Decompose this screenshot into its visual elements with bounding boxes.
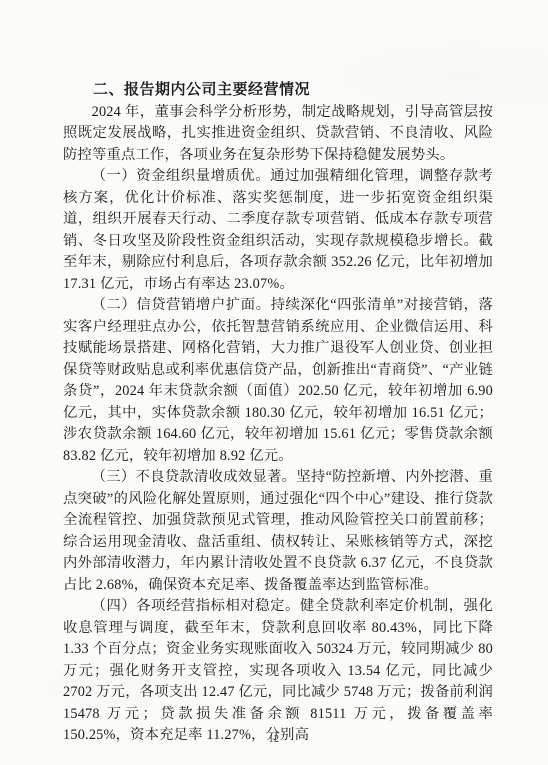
scanned-document-page: { "doc": { "heading": "二、报告期内公司主要经营情况", … [0,0,548,765]
paragraph-operating-indicators: （四）各项经营指标相对稳定。健全贷款利率定价机制，强化收息管理与调度，截至年末，… [63,596,493,747]
paragraph-credit-marketing: （二）信贷营销增户扩面。持续深化“四张清单”对接营销，落实客户经理驻点办公，依托… [63,295,493,467]
section-heading: 二、报告期内公司主要经营情况 [63,80,493,102]
paragraph-deposits: （一）资金组织量增质优。通过加强精细化管理，调整存款考核方案，优化计价标准、落实… [63,166,493,295]
paragraph-npl-collection: （三）不良贷款清收成效显著。坚持“防控新增、内外挖潜、重点突破”的风险化解处置原… [63,467,493,596]
page-footer: 12 [0,729,548,747]
paragraph-overview: 2024 年，董事会科学分析形势，制定战略规划，引导高管层按照既定发展战略，扎实… [63,102,493,167]
page-number: 12 [269,734,280,745]
document-text-block: 二、报告期内公司主要经营情况 2024 年，董事会科学分析形势，制定战略规划，引… [63,80,493,747]
